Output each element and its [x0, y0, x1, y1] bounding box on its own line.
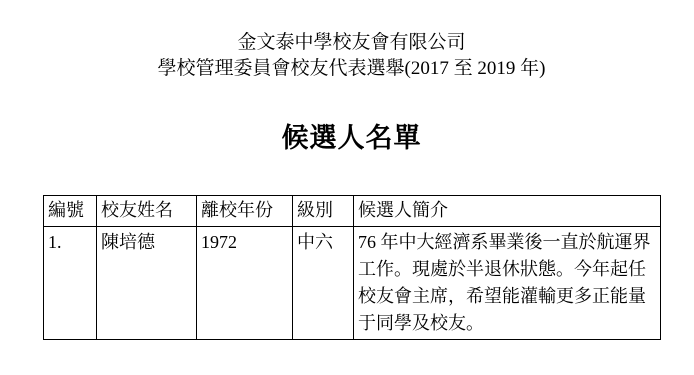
organization-title: 金文泰中學校友會有限公司 [43, 31, 660, 55]
col-header-candidate-bio: 候選人簡介 [354, 196, 661, 227]
candidate-table: 編號 校友姓名 離校年份 級別 候選人簡介 1. 陳培德 1972 中六 76 … [43, 195, 661, 340]
table-row: 1. 陳培德 1972 中六 76 年中大經濟系畢業後一直於航運界工作。現處於半… [44, 227, 661, 340]
cell-level: 中六 [293, 227, 354, 340]
election-subtitle: 學校管理委員會校友代表選舉(2017 至 2019 年) [43, 57, 660, 81]
cell-leave-year: 1972 [197, 227, 293, 340]
table-header-row: 編號 校友姓名 離校年份 級別 候選人簡介 [44, 196, 661, 227]
col-header-alumni-name: 校友姓名 [97, 196, 197, 227]
cell-number: 1. [44, 227, 97, 340]
col-header-leave-year: 離校年份 [197, 196, 293, 227]
col-header-level: 級別 [293, 196, 354, 227]
cell-candidate-bio: 76 年中大經濟系畢業後一直於航運界工作。現處於半退休狀態。今年起任校友會主席，… [354, 227, 661, 340]
document-page: 金文泰中學校友會有限公司 學校管理委員會校友代表選舉(2017 至 2019 年… [0, 0, 694, 375]
cell-alumni-name: 陳培德 [97, 227, 197, 340]
col-header-number: 編號 [44, 196, 97, 227]
candidate-list-heading: 候選人名單 [43, 122, 660, 154]
